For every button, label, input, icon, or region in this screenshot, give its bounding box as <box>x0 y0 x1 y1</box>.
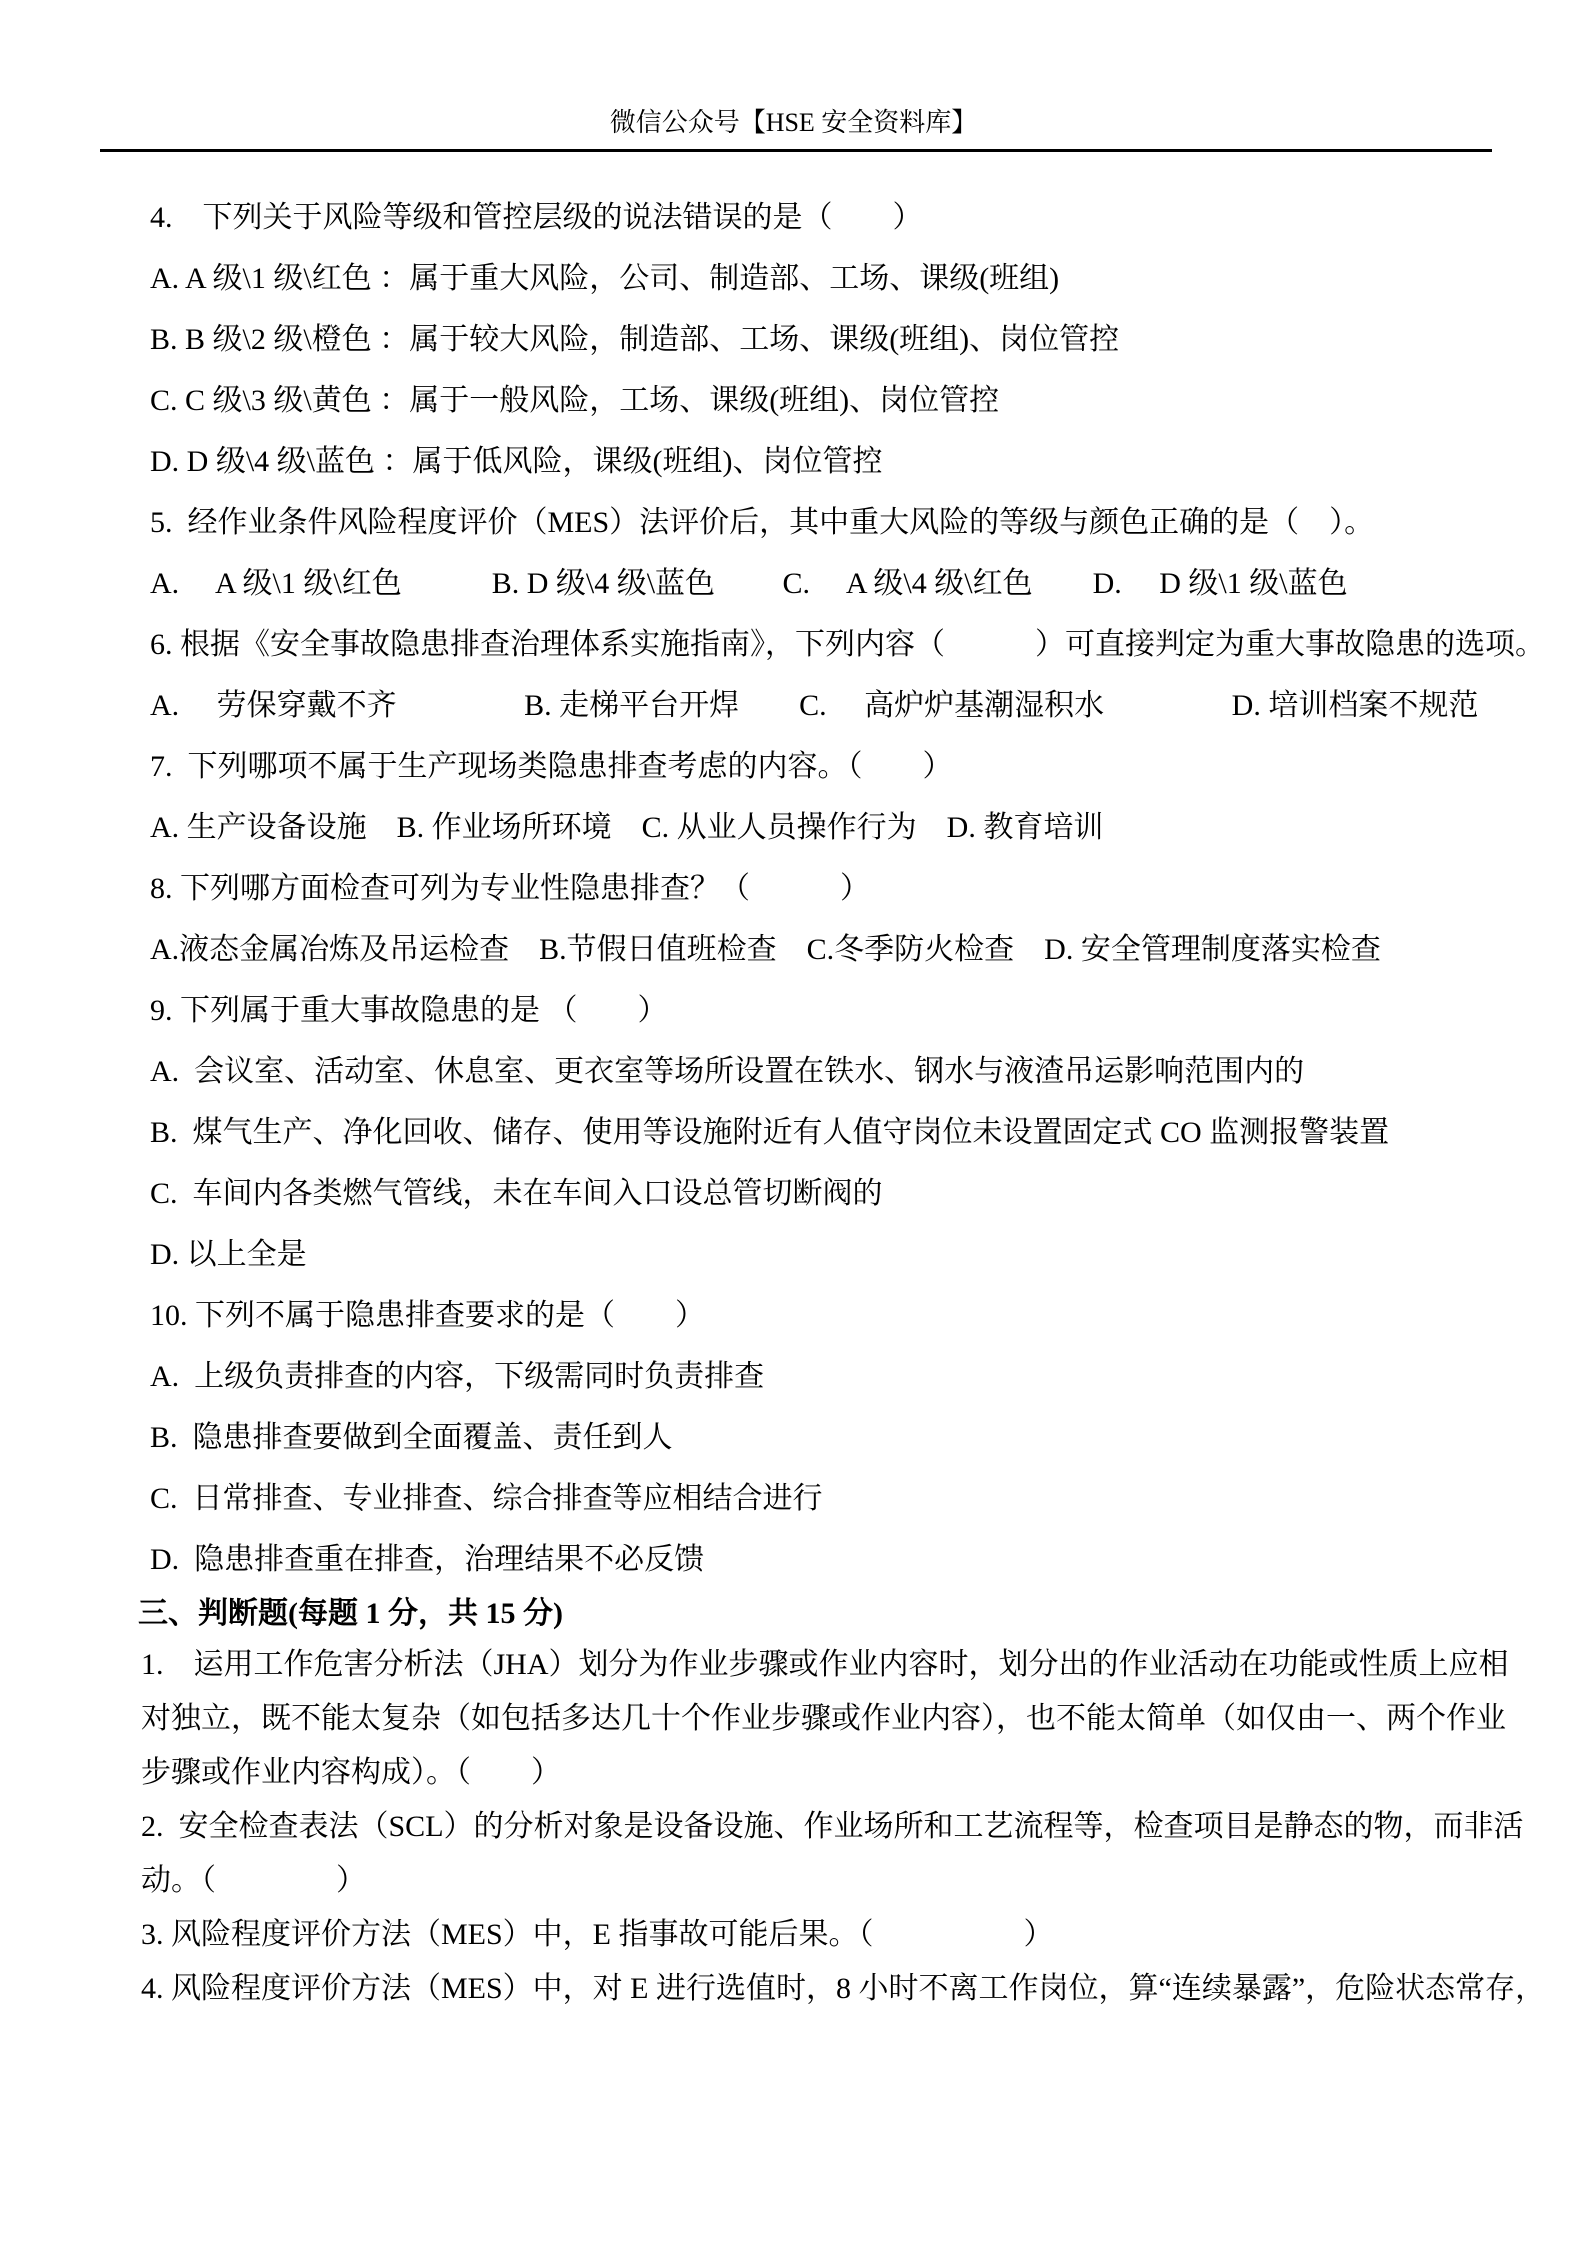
judgment-item-line: 4. 风险程度评价方法（MES）中，对 E 进行选值时，8 小时不离工作岗位，算… <box>138 1962 1492 2016</box>
option-line: A. A 级\1 级\红色 ：属于重大风险，公司、制造部、工场、课级(班组) <box>138 248 1492 309</box>
page-header-title: 微信公众号【HSE 安全资料库】 <box>0 106 1587 140</box>
option-line: B. 隐患排查要做到全面覆盖、责任到人 <box>138 1407 1492 1468</box>
question-text: 9. 下列属于重大事故隐患的是 （ ） <box>138 980 1492 1041</box>
option-line: D. D 级\4 级\蓝色 ：属于低风险，课级(班组)、岗位管控 <box>138 431 1492 492</box>
option-line: B. B 级\2 级\橙色 ：属于较大风险，制造部、工场、课级(班组)、岗位管控 <box>138 309 1492 370</box>
option-line: A.液态金属冶炼及吊运检查 B.节假日值班检查 C.冬季防火检查 D. 安全管理… <box>138 919 1492 980</box>
question-text: 4. 下列关于风险等级和管控层级的说法错误的是（ ） <box>138 187 1492 248</box>
judgment-section-title: 三、判断题(每题 1 分，共 15 分) <box>138 1590 1492 1638</box>
option-line: C. 车间内各类燃气管线，未在车间入口设总管切断阀的 <box>138 1163 1492 1224</box>
question-text: 7. 下列哪项不属于生产现场类隐患排查考虑的内容。（ ） <box>138 736 1492 797</box>
option-line: A. 生产设备设施 B. 作业场所环境 C. 从业人员操作行为 D. 教育培训 <box>138 797 1492 858</box>
option-line: D. 隐患排查重在排查，治理结果不必反馈 <box>138 1529 1492 1590</box>
judgment-item-line: 对独立，既不能太复杂（如包括多达几十个作业步骤或作业内容），也不能太简单（如仅由… <box>138 1692 1492 1746</box>
option-line: A. 会议室、活动室、休息室、更衣室等场所设置在铁水、钢水与液渣吊运影响范围内的 <box>138 1041 1492 1102</box>
judgment-item-line: 动。（ ） <box>138 1854 1492 1908</box>
document-page: 微信公众号【HSE 安全资料库】 4. 下列关于风险等级和管控层级的说法错误的是… <box>0 0 1587 2245</box>
question-text: 10. 下列不属于隐患排查要求的是（ ） <box>138 1285 1492 1346</box>
judgment-item-line: 2. 安全检查表法（SCL）的分析对象是设备设施、作业场所和工艺流程等，检查项目… <box>138 1800 1492 1854</box>
judgment-item-line: 步骤或作业内容构成）。（ ） <box>138 1746 1492 1800</box>
option-line: B. 煤气生产、净化回收、储存、使用等设施附近有人值守岗位未设置固定式 CO 监… <box>138 1102 1492 1163</box>
option-line: A. 劳保穿戴不齐 B. 走梯平台开焊 C. 高炉炉基潮湿积水 D. 培训档案不… <box>138 675 1492 736</box>
exam-content: 4. 下列关于风险等级和管控层级的说法错误的是（ ）A. A 级\1 级\红色 … <box>138 187 1492 2016</box>
header-divider-line <box>100 149 1492 152</box>
option-line: C. C 级\3 级\黄色 ：属于一般风险，工场、课级(班组)、岗位管控 <box>138 370 1492 431</box>
option-line: A. A 级\1 级\红色 B. D 级\4 级\蓝色 C. A 级\4 级\红… <box>138 553 1492 614</box>
option-line: C. 日常排查、专业排查、综合排查等应相结合进行 <box>138 1468 1492 1529</box>
question-text: 6. 根据《安全事故隐患排查治理体系实施指南》，下列内容（ ）可直接判定为重大事… <box>138 614 1492 675</box>
judgment-item-line: 1. 运用工作危害分析法（JHA）划分为作业步骤或作业内容时，划分出的作业活动在… <box>138 1638 1492 1692</box>
question-text: 5. 经作业条件风险程度评价（MES）法评价后，其中重大风险的等级与颜色正确的是… <box>138 492 1492 553</box>
option-line: D. 以上全是 <box>138 1224 1492 1285</box>
question-text: 8. 下列哪方面检查可列为专业性隐患排查？（ ） <box>138 858 1492 919</box>
judgment-item-line: 3. 风险程度评价方法（MES）中，E 指事故可能后果。（ ） <box>138 1908 1492 1962</box>
option-line: A. 上级负责排查的内容，下级需同时负责排查 <box>138 1346 1492 1407</box>
